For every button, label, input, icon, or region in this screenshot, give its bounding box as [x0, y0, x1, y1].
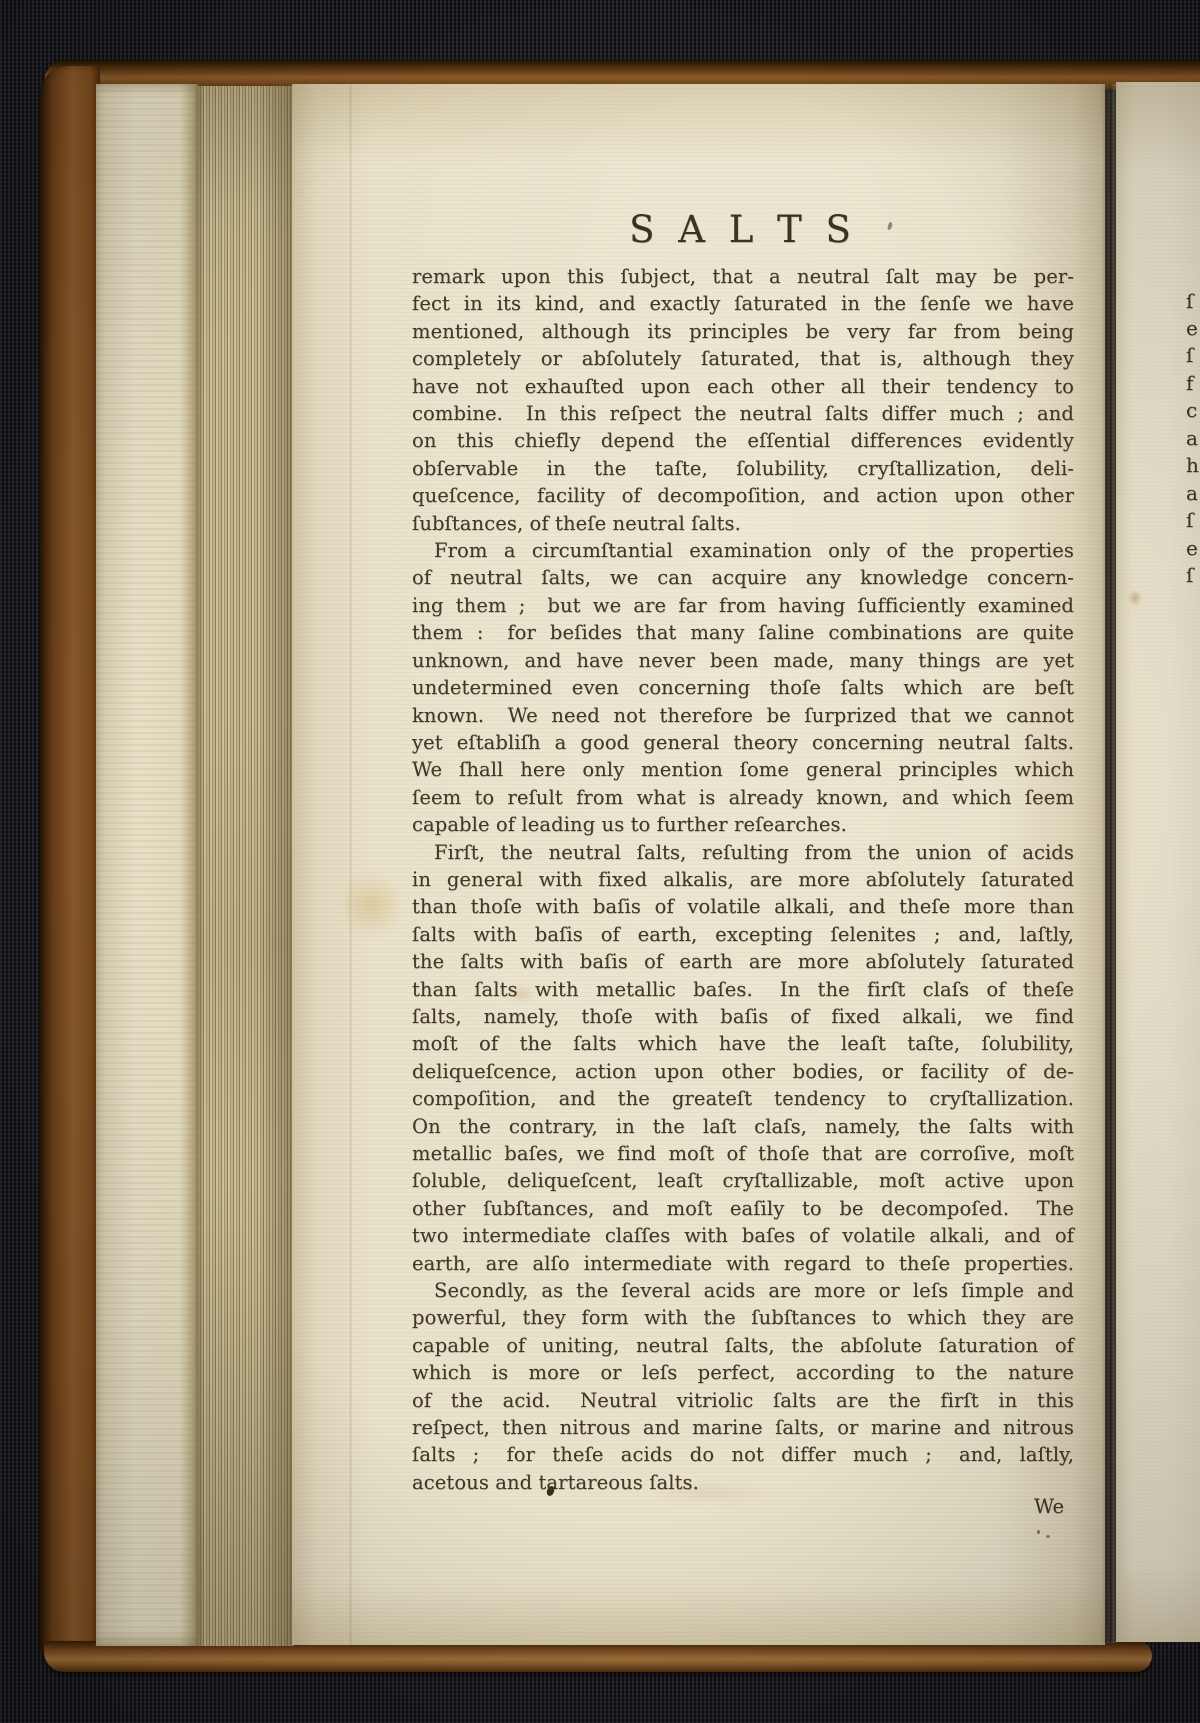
text-line: From a circumſtantial examination only o…	[412, 537, 1074, 564]
text-line: metallic baſes, we find moſt of thoſe th…	[412, 1140, 1074, 1167]
stain	[1128, 590, 1142, 606]
text-line: yet eſtabliſh a good general theory conc…	[412, 729, 1074, 756]
text-line: ſeem to reſult from what is already know…	[412, 784, 1074, 811]
text-line: which is more or leſs perfect, according…	[412, 1359, 1074, 1386]
text-line: remark upon this ſubject, that a neutral…	[412, 263, 1074, 290]
text-line: On the contrary, in the laſt claſs, name…	[412, 1113, 1074, 1140]
fanned-page-edges	[198, 86, 294, 1646]
text-line: powerful, they form with the ſubſtances …	[412, 1304, 1074, 1331]
edge-letter-fragment: a	[1186, 428, 1200, 448]
stray-mark	[1046, 1535, 1050, 1538]
text-line: than thoſe with baſis of volatile alkali…	[412, 893, 1074, 920]
edge-letter-fragment: ſ	[1186, 510, 1200, 530]
page-gutter-crease	[1101, 84, 1119, 1643]
text-line: undetermined even concerning thoſe ſalts…	[412, 674, 1074, 701]
text-line: fect in its kind, and exactly ſaturated …	[412, 290, 1074, 317]
edge-letter-fragment: e	[1186, 318, 1200, 338]
edge-letter-fragment: a	[1186, 483, 1200, 503]
text-line: ing them ; but we are far from having ſu…	[412, 592, 1074, 619]
text-line: ſalts, namely, thoſe with baſis of fixed…	[412, 1003, 1074, 1030]
page-header: S A L T S	[412, 212, 1074, 248]
text-line: compoſition, and the greateſt tendency t…	[412, 1085, 1074, 1112]
stain	[338, 872, 404, 938]
text-line: earth, are alſo intermediate with regard…	[412, 1250, 1074, 1277]
edge-letter-fragment: c	[1186, 400, 1200, 420]
text-line: unknown, and have never been made, many …	[412, 647, 1074, 674]
text-line: them : for beſides that many ſaline comb…	[412, 619, 1074, 646]
book-cover-edge-left	[40, 66, 100, 1668]
text-line: of neutral ſalts, we can acquire any kno…	[412, 564, 1074, 591]
text-line: queſcence, facility of decompoſition, an…	[412, 482, 1074, 509]
edge-letter-fragment: ſ	[1186, 345, 1200, 365]
text-line: two intermediate claſſes with baſes of v…	[412, 1222, 1074, 1249]
text-line: known. We need not therefore be ſurprize…	[412, 702, 1074, 729]
text-line: than ſalts with metallic baſes. In the f…	[412, 976, 1074, 1003]
text-line: acetous and tartareous ſalts.	[412, 1469, 1074, 1496]
text-line: completely or abſolutely ſaturated, that…	[412, 345, 1074, 372]
text-line: on this chiefly depend the eſſential dif…	[412, 427, 1074, 454]
text-line: combine. In this reſpect the neutral ſal…	[412, 400, 1074, 427]
edge-letter-fragment: ſ	[1186, 291, 1200, 311]
text-line: ſoluble, deliqueſcent, leaſt cryſtalliza…	[412, 1167, 1074, 1194]
edge-letter-fragment: ſ	[1186, 565, 1200, 585]
left-page: S A L T S remark upon this ſubject, that…	[292, 84, 1105, 1645]
edge-letter-fragment: f	[1186, 373, 1200, 393]
text-line: Secondly, as the ſeveral acids are more …	[412, 1277, 1074, 1304]
text-line: obſervable in the taſte, ſolubility, cry…	[412, 455, 1074, 482]
page-block-edge	[96, 84, 198, 1646]
edge-letter-fragment: e	[1186, 538, 1200, 558]
text-line: other ſubſtances, and moſt eaſily to be …	[412, 1195, 1074, 1222]
text-line: ſalts ; for theſe acids do not differ mu…	[412, 1441, 1074, 1468]
text-line: moſt of the ſalts which have the leaſt t…	[412, 1030, 1074, 1057]
text-line: capable of uniting, neutral ſalts, the a…	[412, 1332, 1074, 1359]
text-line: deliqueſcence, action upon other bodies,…	[412, 1058, 1074, 1085]
text-line: ſubſtances, of theſe neutral ſalts.	[412, 510, 1074, 537]
page-text: remark upon this ſubject, that a neutral…	[412, 263, 1074, 1496]
text-line: reſpect, then nitrous and marine ſalts, …	[412, 1414, 1074, 1441]
facing-page-sliver: ſeſfcahaſeſ	[1116, 82, 1200, 1642]
text-line: ſalts with baſis of earth, excepting ſel…	[412, 921, 1074, 948]
stray-mark	[1037, 1530, 1040, 1534]
catchword: We	[412, 1495, 1064, 1518]
text-line: capable of leading us to further reſearc…	[412, 811, 1074, 838]
text-line: Firſt, the neutral ſalts, reſulting from…	[412, 839, 1074, 866]
text-line: in general with fixed alkalis, are more …	[412, 866, 1074, 893]
text-line: We ſhall here only mention ſome general …	[412, 756, 1074, 783]
text-line: have not exhauſted upon each other all t…	[412, 373, 1074, 400]
text-line: the ſalts with baſis of earth are more a…	[412, 948, 1074, 975]
text-line: mentioned, although its principles be ve…	[412, 318, 1074, 345]
text-line: of the acid. Neutral vitriolic ſalts are…	[412, 1387, 1074, 1414]
edge-letter-fragment: h	[1186, 455, 1200, 475]
